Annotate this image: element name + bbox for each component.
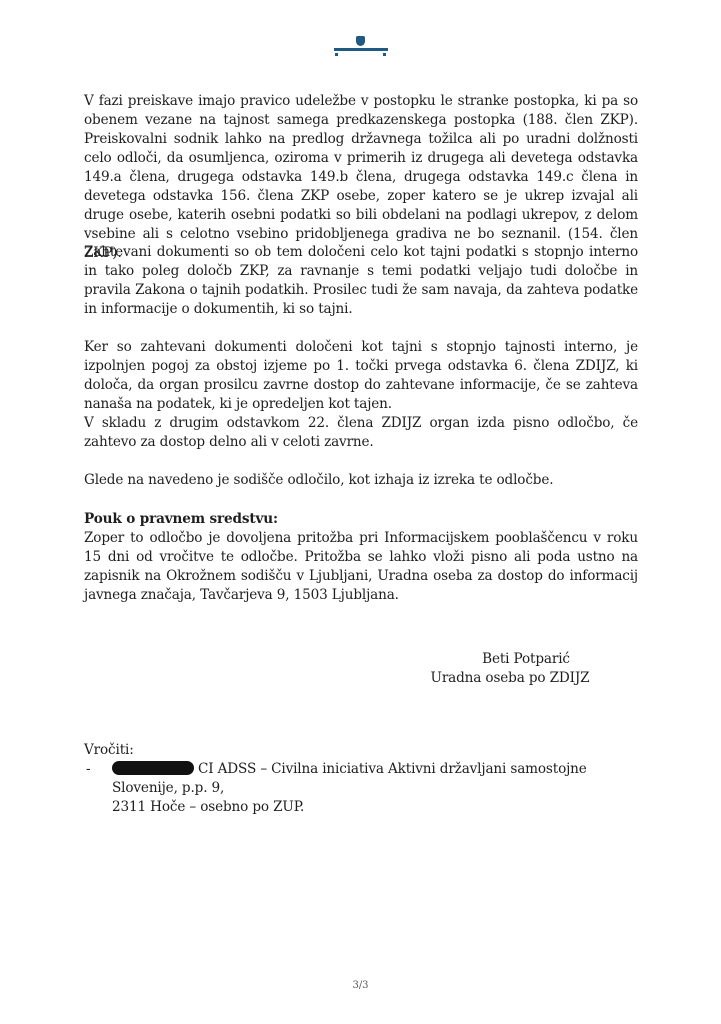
paragraph-text: Glede na navedeno je sodišče odločilo, k… bbox=[84, 471, 638, 490]
document-page: V fazi preiskave imajo pravico udeležbe … bbox=[0, 0, 721, 1024]
shield-shape bbox=[356, 36, 365, 46]
legal-remedy-section: Pouk o pravnem sredstvu: Zoper to odločb… bbox=[84, 510, 638, 605]
emblem-bar bbox=[334, 48, 388, 51]
delivery-item: - CI ADSS – Civilna iniciativa Aktivni d… bbox=[84, 760, 644, 817]
legal-remedy-heading: Pouk o pravnem sredstvu: bbox=[84, 510, 638, 529]
legal-remedy-text: Zoper to odločbo je dovoljena pritožba p… bbox=[84, 529, 638, 605]
signature-block: Beti Potparić Uradna oseba po ZDIJZ bbox=[400, 650, 620, 688]
paragraph-text: Zahtevani dokumenti so ob tem določeni c… bbox=[84, 243, 638, 319]
paragraph-izjema: Ker so zahtevani dokumenti določeni kot … bbox=[84, 338, 638, 414]
delivery-section: Vročiti: - CI ADSS – Civilna iniciativa … bbox=[84, 741, 644, 817]
list-bullet: - bbox=[86, 760, 90, 779]
paragraph-sklep: Glede na navedeno je sodišče odločilo, k… bbox=[84, 471, 638, 490]
page-number: 3/3 bbox=[0, 980, 721, 991]
paragraph-text: Ker so zahtevani dokumenti določeni kot … bbox=[84, 338, 638, 414]
court-emblem-icon bbox=[334, 36, 388, 54]
emblem-dot-left bbox=[335, 53, 338, 56]
paragraph-odlocba: V skladu z drugim odstavkom 22. člena ZD… bbox=[84, 414, 638, 452]
redaction-mark bbox=[112, 761, 194, 775]
signatory-title: Uradna oseba po ZDIJZ bbox=[400, 669, 620, 688]
paragraph-preiskava: V fazi preiskave imajo pravico udeležbe … bbox=[84, 92, 638, 263]
recipient-line-2: 2311 Hoče – osebno po ZUP. bbox=[112, 799, 304, 815]
paragraph-text: V skladu z drugim odstavkom 22. člena ZD… bbox=[84, 414, 638, 452]
paragraph-text: V fazi preiskave imajo pravico udeležbe … bbox=[84, 92, 638, 263]
paragraph-tajni-podatki: Zahtevani dokumenti so ob tem določeni c… bbox=[84, 243, 638, 319]
delivery-label: Vročiti: bbox=[84, 741, 644, 760]
signatory-name: Beti Potparić bbox=[400, 650, 620, 669]
emblem-dot-right bbox=[383, 53, 386, 56]
